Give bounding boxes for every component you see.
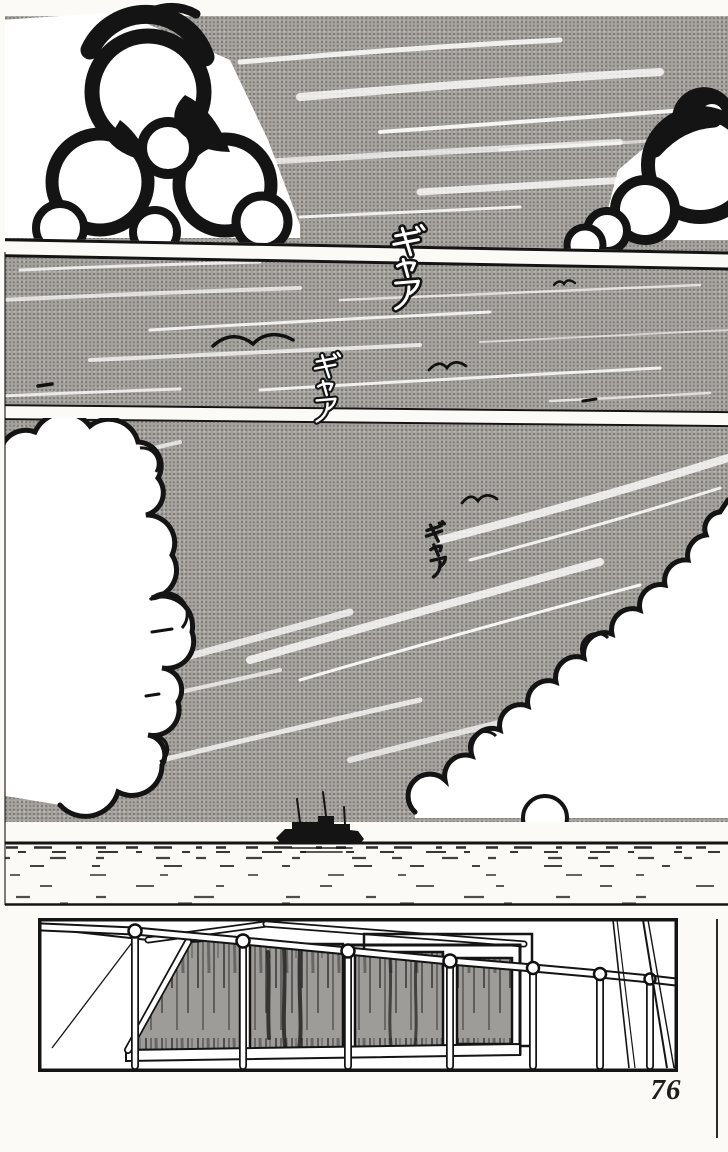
deck-structure (38, 918, 678, 1072)
panel-deck-windows (38, 918, 678, 1072)
cumulus-cloud-left (0, 418, 194, 816)
page-edge-line (716, 919, 718, 1138)
manga-page: ギャア ギャア ギャア (0, 0, 728, 1152)
stay-wires (613, 920, 674, 1068)
panel-ocean-sky (0, 418, 728, 910)
page-number: 76 (640, 1074, 692, 1107)
panel-border (4, 252, 6, 905)
panel-sky-clouds (0, 0, 728, 262)
sfx-gyaa-2: ギャア (312, 352, 340, 424)
rigging-wire (52, 936, 137, 1048)
storm-cloud-left (0, 7, 300, 254)
panel-sky-gulls (0, 250, 728, 410)
wind-streaks (0, 262, 728, 401)
sfx-gyaa-1: ギャア (390, 224, 424, 312)
cumulus-cloud-right (408, 500, 728, 840)
